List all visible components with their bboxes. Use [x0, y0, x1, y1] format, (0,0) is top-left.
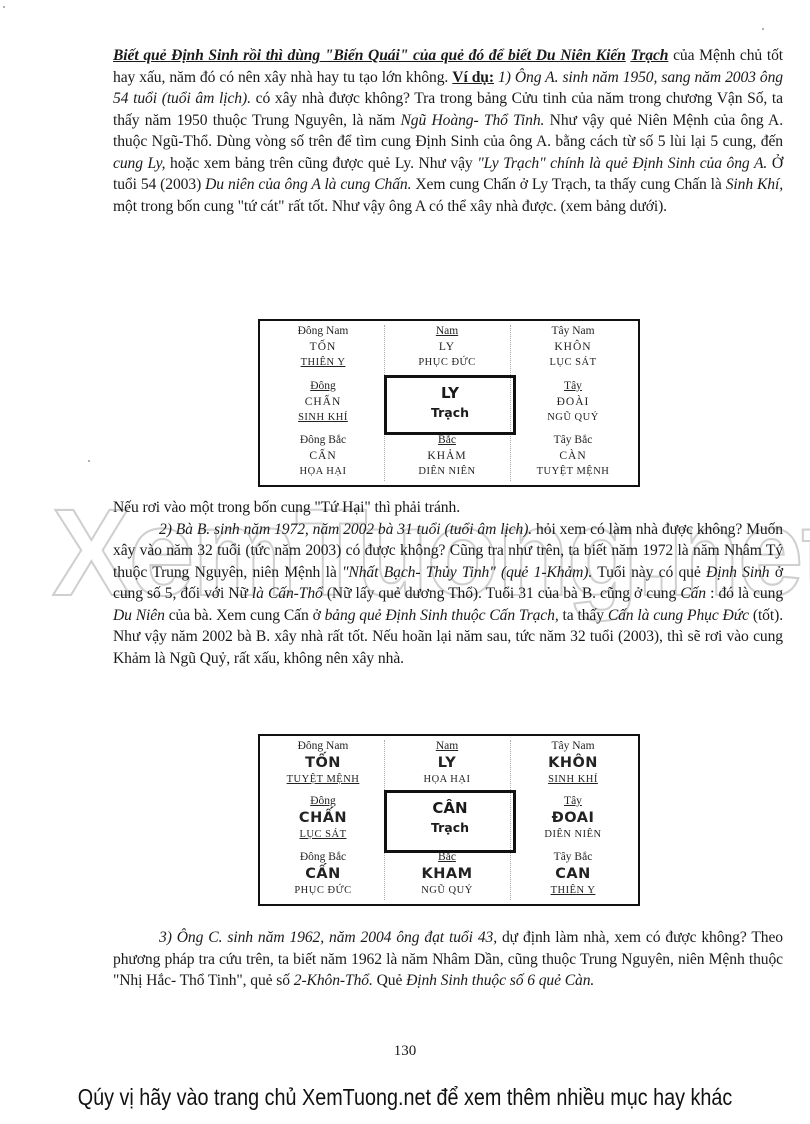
footer-banner: Qúy vị hãy vào trang chủ XemTuong.net để…: [57, 1084, 754, 1111]
text-italic: Định Sinh thuộc số 6 quẻ Càn.: [406, 972, 594, 989]
star-label: NGŨ QUỶ: [510, 410, 636, 426]
star-label: SINH KHÍ: [260, 410, 386, 426]
trigram-label: KHẢM: [384, 449, 510, 465]
cell-northeast: Đông Bắc CẤN HỌA HẠI: [260, 433, 386, 480]
star-label: PHỤC ĐỨC: [384, 355, 510, 371]
star-label: NGŨ QUỶ: [384, 883, 510, 899]
bagua-table-can-trach: Đông Nam TỐN TUYỆT MỆNH Nam LY HỌA HẠI T…: [258, 734, 640, 906]
star-label: DIÊN NIÊN: [384, 464, 510, 480]
paragraph-example-2: Nếu rơi vào một trong bốn cung "Tứ Hại" …: [113, 497, 783, 669]
trigram-label: LY: [384, 340, 510, 356]
star-label: HỌA HẠI: [384, 772, 510, 788]
center-trigram: LY: [387, 384, 513, 402]
text-italic: Sinh Khí,: [726, 176, 783, 193]
paragraph-example-1: Biết quẻ Định Sinh rồi thì dùng "Biến Qu…: [113, 45, 783, 217]
section-heading: Biết quẻ Định Sinh rồi thì dùng "Biến Qu…: [113, 47, 596, 64]
direction-label: Nam: [384, 324, 510, 340]
cell-north: Bắc KHẢM DIÊN NIÊN: [384, 433, 510, 480]
cell-south: Nam LY PHỤC ĐỨC: [384, 324, 510, 371]
example-label: Ví dụ:: [452, 69, 494, 86]
text-italic: Ngũ Hoàng- Thổ Tinh.: [401, 112, 545, 129]
text-italic: Du Niên: [113, 607, 165, 624]
center-subtitle: Trạch: [387, 820, 513, 835]
text: một trong bốn cung "tứ cát" rất tốt. Như…: [113, 198, 667, 215]
star-label: PHỤC ĐỨC: [260, 883, 386, 899]
trigram-label: ĐOÀI: [510, 395, 636, 411]
cell-southwest: Tây Nam KHÔN LỤC SÁT: [510, 324, 636, 371]
paragraph-example-3: 3) Ông C. sinh năm 1962, năm 2004 ông đạ…: [113, 927, 783, 992]
direction-label: Đông Bắc: [260, 850, 386, 866]
direction-label: Tây Nam: [510, 324, 636, 340]
direction-label: Bắc: [384, 433, 510, 449]
cell-west: Tây ĐOAI DIÊN NIÊN: [510, 794, 636, 842]
text-italic: Du niên của ông A là cung Chấn.: [205, 176, 411, 193]
scan-speck: [88, 460, 90, 462]
cell-east: Đông CHẤN LỤC SÁT: [260, 794, 386, 842]
star-label: LỤC SÁT: [260, 827, 386, 843]
text-italic: Định Sinh: [706, 564, 769, 581]
cell-northeast: Đông Bắc CẤN PHỤC ĐỨC: [260, 850, 386, 898]
star-label: TUYỆT MỆNH: [510, 464, 636, 480]
text: (Nữ lấy quẻ dương Thổ). Tuổi 31 của bà B…: [323, 585, 681, 602]
cell-southwest: Tây Nam KHÔN SINH KHÍ: [510, 739, 636, 787]
cell-north: Bắc KHAM NGŨ QUỶ: [384, 850, 510, 898]
cell-south: Nam LY HỌA HẠI: [384, 739, 510, 787]
trigram-label: CHẤN: [260, 810, 386, 827]
direction-label: Đông: [260, 794, 386, 810]
scan-speck: [3, 6, 5, 8]
scan-speck: [762, 28, 764, 30]
text: hoặc xem bảng trên cũng được quẻ Ly. Như…: [165, 155, 477, 172]
direction-label: Đông: [260, 379, 386, 395]
text: Xem cung Chấn ở Ly Trạch, ta thấy cung C…: [411, 176, 725, 193]
bagua-table-ly-trach: Đông Nam TỐN THIÊN Y Nam LY PHỤC ĐỨC Tây…: [258, 319, 640, 487]
direction-label: Đông Nam: [260, 739, 386, 755]
star-label: THIÊN Y: [260, 355, 386, 371]
text-italic: 2) Bà B. sinh năm 1972, năm 2002 bà 31 t…: [159, 521, 532, 538]
star-label: DIÊN NIÊN: [510, 827, 636, 843]
direction-label: Nam: [384, 739, 510, 755]
trigram-label: LY: [384, 755, 510, 772]
text-italic: Cấn: [680, 585, 706, 602]
star-label: HỌA HẠI: [260, 464, 386, 480]
text: Nếu rơi vào một trong bốn cung "Tứ Hại" …: [113, 497, 783, 519]
text-italic: 3) Ông C. sinh năm 1962, năm 2004 ông đạ…: [159, 929, 497, 946]
cell-southeast: Đông Nam TỐN TUYỆT MỆNH: [260, 739, 386, 787]
heading-trach: Trạch: [630, 47, 668, 64]
page-number: 130: [0, 1043, 810, 1060]
cell-east: Đông CHẤN SINH KHÍ: [260, 379, 386, 426]
trigram-label: CẤN: [260, 449, 386, 465]
direction-label: Tây Bắc: [510, 433, 636, 449]
direction-label: Bắc: [384, 850, 510, 866]
direction-label: Đông Bắc: [260, 433, 386, 449]
center-subtitle: Trạch: [387, 405, 513, 420]
direction-label: Tây Nam: [510, 739, 636, 755]
scanned-book-page: Biết quẻ Định Sinh rồi thì dùng "Biến Qu…: [0, 0, 810, 1124]
star-label: TUYỆT MỆNH: [260, 772, 386, 788]
direction-label: Tây: [510, 794, 636, 810]
text-italic: 2-Khôn-Thổ.: [294, 972, 373, 989]
text-italic: "Nhất Bạch- Thủy Tinh" (quẻ 1-Khảm).: [342, 564, 592, 581]
trigram-label: CAN: [510, 866, 636, 883]
text: : đó là cung: [706, 585, 783, 602]
text-italic: là Cấn-Thổ: [252, 585, 323, 602]
trigram-label: KHÔN: [510, 755, 636, 772]
cell-southeast: Đông Nam TỐN THIÊN Y: [260, 324, 386, 371]
star-label: THIÊN Y: [510, 883, 636, 899]
direction-label: Tây Bắc: [510, 850, 636, 866]
text-italic: bảng quẻ Định Sinh thuộc Cấn Trạch,: [325, 607, 559, 624]
trigram-label: CHẤN: [260, 395, 386, 411]
cell-west: Tây ĐOÀI NGŨ QUỶ: [510, 379, 636, 426]
text: của bà. Xem cung Cấn ở: [165, 607, 325, 624]
text: Tuổi này có quẻ: [592, 564, 706, 581]
cell-northwest: Tây Bắc CAN THIÊN Y: [510, 850, 636, 898]
center-trigram: CÂN: [387, 799, 513, 817]
trigram-label: KHÔN: [510, 340, 636, 356]
trigram-label: ĐOAI: [510, 810, 636, 827]
example-2-body: 2) Bà B. sinh năm 1972, năm 2002 bà 31 t…: [113, 519, 783, 670]
trigram-label: CÀN: [510, 449, 636, 465]
trigram-label: KHAM: [384, 866, 510, 883]
text: ta thấy: [559, 607, 608, 624]
center-box: LY Trạch: [384, 375, 516, 435]
text-italic: "Ly Trạch" chính là quẻ Định Sinh của ôn…: [477, 155, 767, 172]
trigram-label: TỐN: [260, 755, 386, 772]
direction-label: Đông Nam: [260, 324, 386, 340]
trigram-label: CẤN: [260, 866, 386, 883]
direction-label: Tây: [510, 379, 636, 395]
text: Quẻ: [373, 972, 406, 989]
text-italic: cung Ly,: [113, 155, 165, 172]
center-box: CÂN Trạch: [384, 790, 516, 853]
text-italic: Cấn là cung Phục Đức: [608, 607, 749, 624]
star-label: SINH KHÍ: [510, 772, 636, 788]
star-label: LỤC SÁT: [510, 355, 636, 371]
heading-kien: Kiến: [596, 47, 626, 64]
trigram-label: TỐN: [260, 340, 386, 356]
cell-northwest: Tây Bắc CÀN TUYỆT MỆNH: [510, 433, 636, 480]
